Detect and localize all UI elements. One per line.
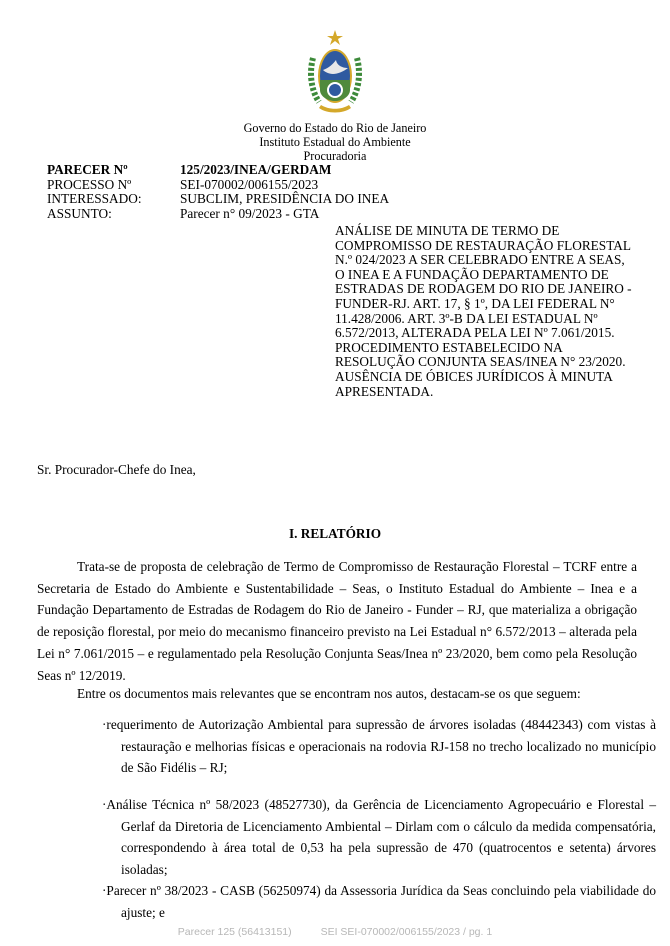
paragraph: Trata-se de proposta de celebração de Te… <box>37 556 637 686</box>
ementa: ANÁLISE DE MINUTA DE TERMO DE COMPROMISS… <box>335 224 635 399</box>
section-title: I. RELATÓRIO <box>0 526 670 542</box>
meta-value: 125/2023/INEA/GERDAM <box>180 163 331 178</box>
paragraph: Entre os documentos mais relevantes que … <box>77 683 637 705</box>
meta-processo: PROCESSO Nº SEI-070002/006155/2023 <box>47 178 389 193</box>
list-item: ·requerimento de Autorização Ambiental p… <box>102 714 656 779</box>
meta-value: Parecer n° 09/2023 - GTA <box>180 207 319 222</box>
meta-parecer: PARECER Nº 125/2023/INEA/GERDAM <box>47 163 389 178</box>
header-government: Governo do Estado do Rio de Janeiro <box>0 121 670 135</box>
footer-sei-ref: SEI SEI-070002/006155/2023 / pg. 1 <box>321 926 493 938</box>
meta-interessado: INTERESSADO: SUBCLIM, PRESIDÊNCIA DO INE… <box>47 192 389 207</box>
meta-label: ASSUNTO: <box>47 207 180 222</box>
page-footer: Parecer 125 (56413151) SEI SEI-070002/00… <box>0 926 670 938</box>
meta-label: PARECER Nº <box>47 163 180 178</box>
list-item: ·Análise Técnica nº 58/2023 (48527730), … <box>102 794 656 881</box>
meta-assunto: ASSUNTO: Parecer n° 09/2023 - GTA <box>47 207 389 222</box>
document-metadata: PARECER Nº 125/2023/INEA/GERDAM PROCESSO… <box>47 163 389 221</box>
coat-of-arms-icon <box>303 28 367 120</box>
meta-label: PROCESSO Nº <box>47 178 180 193</box>
meta-label: INTERESSADO: <box>47 192 180 207</box>
header-department: Procuradoria <box>0 149 670 163</box>
header-institute: Instituto Estadual do Ambiente <box>0 135 670 149</box>
list-item: ·Parecer nº 38/2023 - CASB (56250974) da… <box>102 880 656 923</box>
footer-doc-ref: Parecer 125 (56413151) <box>178 926 292 938</box>
meta-value: SUBCLIM, PRESIDÊNCIA DO INEA <box>180 192 389 207</box>
meta-value: SEI-070002/006155/2023 <box>180 178 318 193</box>
salutation: Sr. Procurador-Chefe do Inea, <box>37 462 196 478</box>
